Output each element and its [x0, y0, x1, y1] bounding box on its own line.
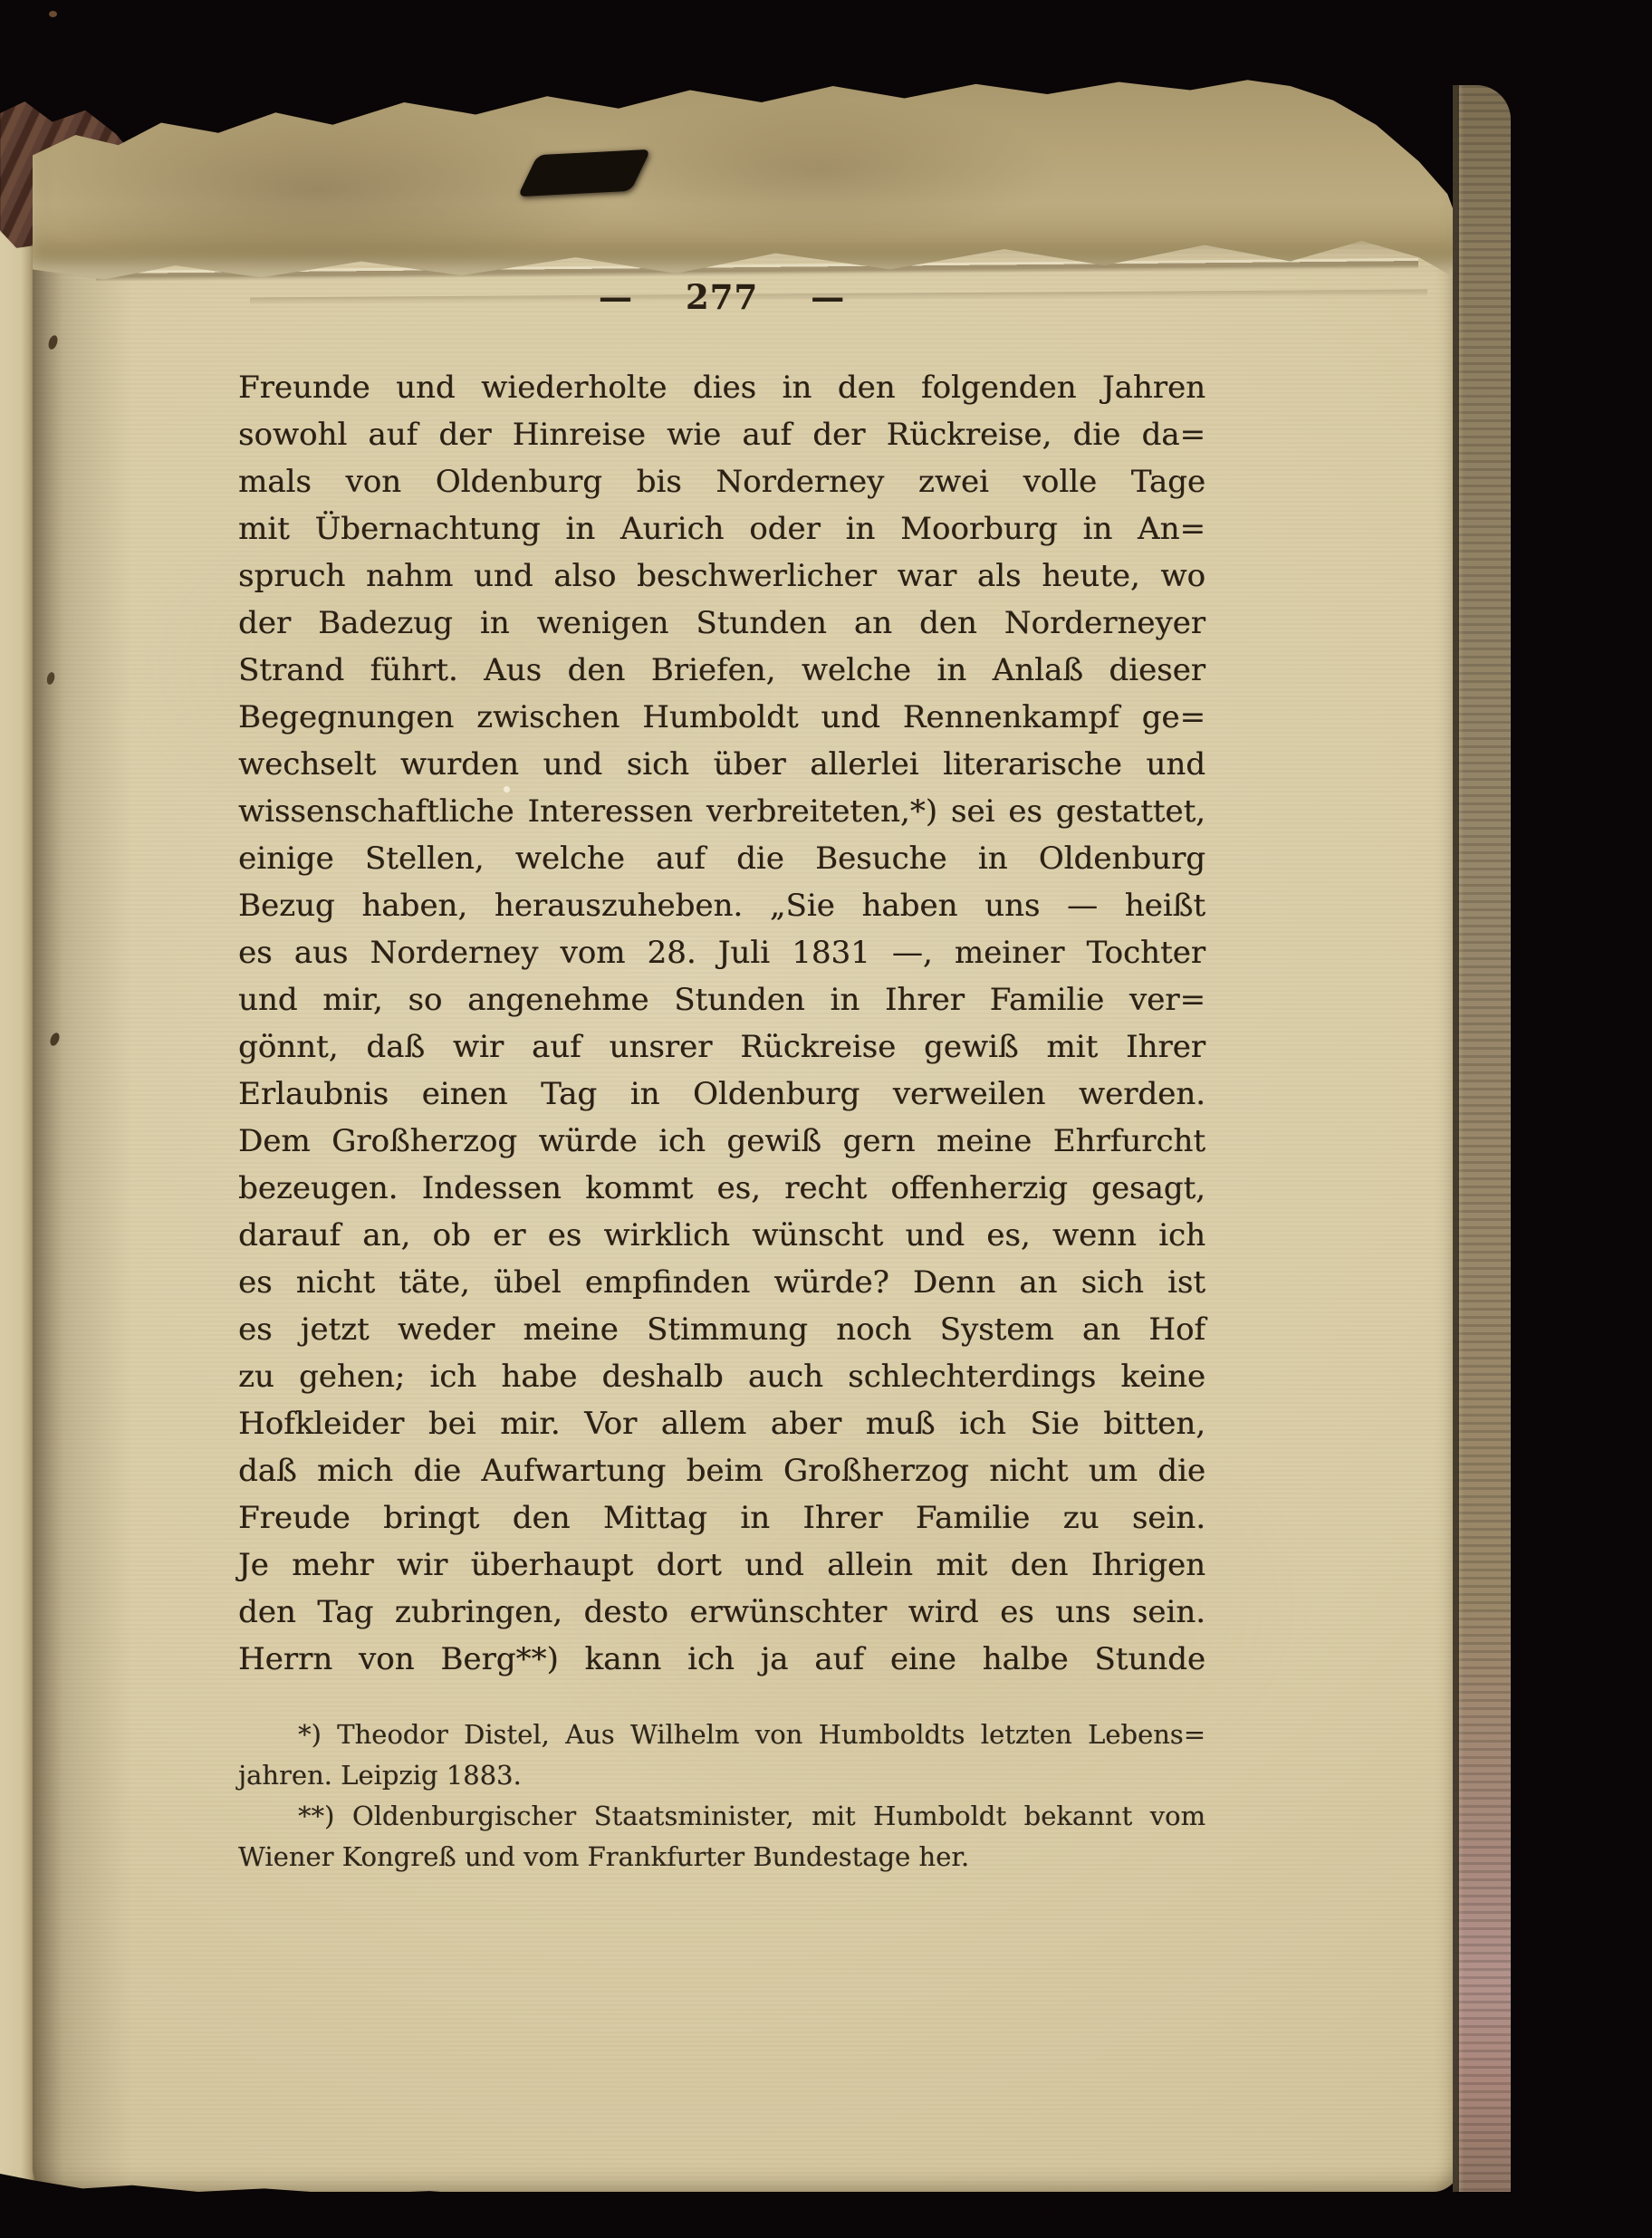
- footnote-line: jahren. Leipzig 1883.: [238, 1755, 1205, 1796]
- body-text-line: mals von Oldenburg bis Norderney zwei vo…: [238, 458, 1205, 505]
- body-text-line: und mir, so angenehme Stunden in Ihrer F…: [238, 976, 1205, 1023]
- body-text-line: bezeugen. Indessen kommt es, recht offen…: [238, 1165, 1205, 1212]
- torn-page-remnant: [33, 78, 1462, 282]
- body-text-line: darauf an, ob er es wirklich wünscht und…: [238, 1212, 1205, 1259]
- body-text-line: Je mehr wir überhaupt dort und allein mi…: [238, 1542, 1205, 1589]
- scanned-book-page: — 277 — Freunde und wiederholte dies in …: [0, 0, 1652, 2238]
- body-text-line: Freude bringt den Mittag in Ihrer Famili…: [238, 1494, 1205, 1542]
- body-text-line: Begegnungen zwischen Humboldt und Rennen…: [238, 694, 1205, 741]
- body-text-line: Dem Großherzog würde ich gewiß gern mein…: [238, 1118, 1205, 1165]
- body-text-line: wechselt wurden und sich über allerlei l…: [238, 741, 1205, 788]
- body-text-line: wissenschaftliche Interessen verbreitete…: [238, 788, 1205, 835]
- book-page: — 277 — Freunde und wiederholte dies in …: [33, 234, 1460, 2192]
- footnote-line: *) Theodor Distel, Aus Wilhelm von Humbo…: [238, 1715, 1205, 1755]
- body-text-line: der Badezug in wenigen Stunden an den No…: [238, 600, 1205, 647]
- body-text-line: Hofkleider bei mir. Vor allem aber muß i…: [238, 1400, 1205, 1447]
- binding-speck: [49, 11, 57, 17]
- footnote: **) Oldenburgischer Staatsminister, mit …: [238, 1796, 1205, 1878]
- footnotes: *) Theodor Distel, Aus Wilhelm von Humbo…: [238, 1715, 1205, 1878]
- body-text-line: gönnt, daß wir auf unsrer Rückreise gewi…: [238, 1023, 1205, 1071]
- body-text: Freunde und wiederholte dies in den folg…: [238, 364, 1205, 1683]
- footnote-line: **) Oldenburgischer Staatsminister, mit …: [238, 1796, 1205, 1837]
- header-right-dash: —: [811, 277, 845, 317]
- torn-strip-notch: [517, 149, 650, 197]
- body-text-line: einige Stellen, welche auf die Besuche i…: [238, 835, 1205, 882]
- body-text-line: Freunde und wiederholte dies in den folg…: [238, 364, 1205, 411]
- page-header: — 277 —: [238, 274, 1205, 321]
- body-text-line: es nicht täte, übel empfinden würde? Den…: [238, 1259, 1205, 1306]
- body-text-line: zu gehen; ich habe deshalb auch schlecht…: [238, 1353, 1205, 1400]
- body-text-line: spruch nahm und also beschwerlicher war …: [238, 552, 1205, 600]
- body-text-line: den Tag zubringen, desto erwünschter wir…: [238, 1589, 1205, 1636]
- body-text-line: es aus Norderney vom 28. Juli 1831 —, me…: [238, 929, 1205, 976]
- body-text-line: daß mich die Aufwartung beim Großherzog …: [238, 1447, 1205, 1494]
- page-number: 277: [686, 277, 758, 317]
- header-left-dash: —: [599, 277, 633, 317]
- body-text-line: es jetzt weder meine Stimmung noch Syste…: [238, 1306, 1205, 1353]
- body-text-line: Bezug haben, herauszuheben. „Sie haben u…: [238, 882, 1205, 929]
- body-text-line: sowohl auf der Hinreise wie auf der Rück…: [238, 411, 1205, 458]
- body-text-line: mit Übernachtung in Aurich oder in Moorb…: [238, 505, 1205, 552]
- footnote-line: Wiener Kongreß und vom Frankfurter Bunde…: [238, 1837, 1205, 1878]
- gutter-shadow: [33, 234, 132, 2192]
- body-text-line: Erlaubnis einen Tag in Oldenburg verweil…: [238, 1071, 1205, 1118]
- footnote: *) Theodor Distel, Aus Wilhelm von Humbo…: [238, 1715, 1205, 1796]
- body-text-line: Strand führt. Aus den Briefen, welche in…: [238, 647, 1205, 694]
- body-text-line: Herrn von Berg**) kann ich ja auf eine h…: [238, 1636, 1205, 1683]
- book-fore-edge: [1453, 85, 1511, 2192]
- paper-fleck: [504, 786, 510, 792]
